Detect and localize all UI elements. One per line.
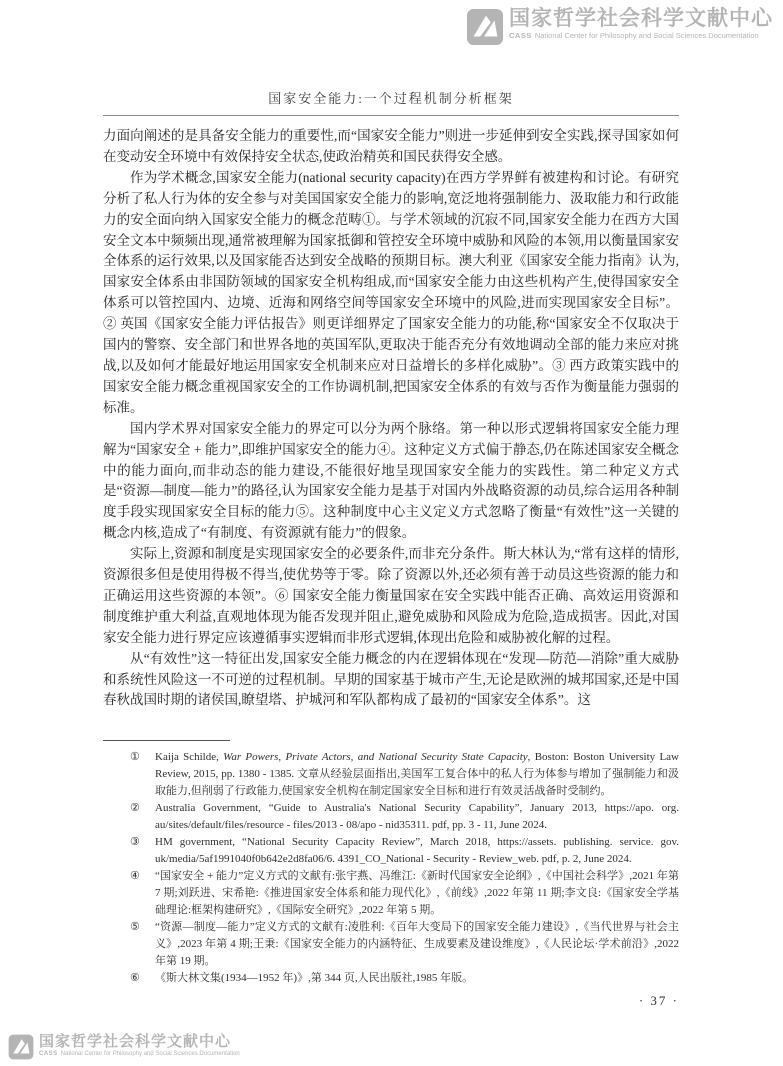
footnote-marker: ③ — [130, 834, 155, 868]
footnote-marker: ⑥ — [130, 970, 155, 987]
page-number: · 37 · — [103, 993, 679, 1009]
paragraph: 力面向阐述的是具备安全能力的重要性,而“国家安全能力”则进一步延伸到安全实践,探… — [103, 126, 679, 168]
footnote-divider — [103, 740, 230, 741]
article-title: 国家安全能力:一个过程机制分析框架 — [103, 88, 679, 107]
footnote-text: “国家安全 + 能力”定义方式的文献有:张宇燕、冯维江:《新时代国家安全论纲》,… — [155, 868, 679, 919]
footnote-text: 《斯大林文集(1934—1952 年)》,第 344 页,人民出版社,1985 … — [155, 970, 679, 987]
footnote-marker: ② — [130, 800, 155, 834]
body-paragraphs: 力面向阐述的是具备安全能力的重要性,而“国家安全能力”则进一步延伸到安全实践,探… — [103, 126, 679, 734]
paragraph: 从“有效性”这一特征出发,国家安全能力概念的内在逻辑体现在“发现—防范—消除”重… — [103, 649, 679, 712]
footnote-item: ⑤“资源—制度—能力”定义方式的文献有:凌胜利:《百年大变局下的国家安全能力建设… — [130, 919, 679, 970]
footnote-item: ③HM government, “National Security Capac… — [130, 834, 679, 868]
footnotes-list: ①Kaija Schilde, War Powers, Private Acto… — [103, 749, 679, 987]
title-divider — [103, 115, 679, 116]
ncpssd-logo-icon — [8, 1034, 34, 1060]
ncpssd-logo-text: 国家哲学社会科学文献中心 CASSNational Center for Phi… — [39, 1034, 240, 1057]
footnote-item: ①Kaija Schilde, War Powers, Private Acto… — [130, 749, 679, 800]
ncpssd-logo-title: 国家哲学社会科学文献中心 — [39, 1034, 240, 1050]
footnote-text: Australia Government, “Guide to Australi… — [155, 800, 679, 834]
footnote-item: ④“国家安全 + 能力”定义方式的文献有:张宇燕、冯维江:《新时代国家安全论纲》… — [130, 868, 679, 919]
ncpssd-logo-subtitle: CASSNational Center for Philosophy and S… — [39, 1051, 240, 1057]
footnote-marker: ④ — [130, 868, 155, 919]
footnote-text: HM government, “National Security Capaci… — [155, 834, 679, 868]
journal-page: 国家哲学社会科学文献中心 CASSNational Center for Phi… — [0, 0, 783, 1066]
footnote-item: ⑥《斯大林文集(1934—1952 年)》,第 344 页,人民出版社,1985… — [130, 970, 679, 987]
footnote-text: Kaija Schilde, War Powers, Private Actor… — [155, 749, 679, 800]
footnote-marker: ⑤ — [130, 919, 155, 970]
paragraph: 国内学术界对国家安全能力的界定可以分为两个脉络。第一种以形式逻辑将国家安全能力理… — [103, 419, 679, 544]
article-content: 国家安全能力:一个过程机制分析框架 力面向阐述的是具备安全能力的重要性,而“国家… — [103, 0, 679, 1009]
ncpssd-logo-bottom: 国家哲学社会科学文献中心 CASSNational Center for Phi… — [8, 1034, 240, 1060]
footnote-item: ②Australia Government, “Guide to Austral… — [130, 800, 679, 834]
paragraph: 实际上,资源和制度是实现国家安全的必要条件,而非充分条件。斯大林认为,“常有这样… — [103, 544, 679, 649]
paragraph: 作为学术概念,国家安全能力(national security capacity… — [103, 168, 679, 419]
footnote-marker: ① — [130, 749, 155, 800]
footnote-text: “资源—制度—能力”定义方式的文献有:凌胜利:《百年大变局下的国家安全能力建设》… — [155, 919, 679, 970]
